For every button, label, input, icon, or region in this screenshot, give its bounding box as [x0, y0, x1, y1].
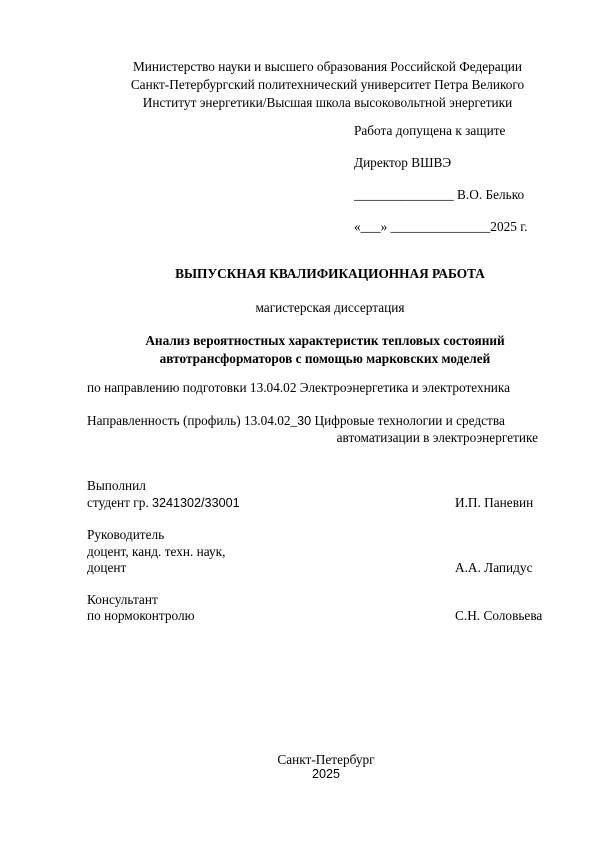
- city: Санкт-Петербург: [0, 752, 595, 767]
- student-label: Выполнил: [87, 477, 146, 494]
- consultant-name: С.Н. Соловьева: [455, 607, 542, 624]
- institute-line: Институт энергетики/Высшая школа высоков…: [60, 94, 595, 112]
- university-line: Санкт-Петербургский политехнический унив…: [60, 76, 595, 94]
- work-title: ВЫПУСКНАЯ КВАЛИФИКАЦИОННАЯ РАБОТА: [0, 266, 595, 282]
- study-profile-continuation: автоматизации в электроэнергетике: [337, 430, 538, 446]
- supervisor-degree: доцент, канд. техн. наук,: [87, 543, 225, 560]
- ministry-line: Министерство науки и высшего образования…: [60, 58, 595, 76]
- student-group: студент гр. 3241302/33001: [87, 494, 240, 512]
- admitted-to-defense: Работа допущена к защите: [354, 122, 528, 154]
- group-number: 3241302/33001: [152, 496, 240, 510]
- approval-date-line: «___» _______________2025 г.: [354, 218, 528, 250]
- profile-text: Цифровые технологии и средства: [311, 413, 505, 428]
- thesis-topic: Анализ вероятностных характеристик тепло…: [0, 332, 595, 368]
- work-type: магистерская диссертация: [0, 300, 595, 316]
- profile-prefix: Направленность (профиль) 13.04.02_: [87, 413, 297, 428]
- student-role: студент гр.: [87, 495, 152, 510]
- supervisor-label: Руководитель: [87, 526, 164, 543]
- consultant-area: по нормоконтролю: [87, 607, 195, 624]
- study-profile: Направленность (профиль) 13.04.02_30 Циф…: [87, 413, 505, 429]
- supervisor-name: А.А. Лапидус: [455, 559, 532, 576]
- study-direction: по направлению подготовки 13.04.02 Элект…: [87, 380, 510, 396]
- topic-line: автотрансформаторов с помощью марковских…: [0, 350, 595, 368]
- profile-code-suffix: 30: [297, 414, 311, 428]
- director-signature-line: _______________ В.О. Белько: [354, 186, 528, 218]
- institution-header: Министерство науки и высшего образования…: [60, 58, 595, 112]
- topic-line: Анализ вероятностных характеристик тепло…: [0, 332, 595, 350]
- director-position: Директор ВШВЭ: [354, 154, 528, 186]
- student-name: И.П. Паневин: [455, 494, 533, 511]
- consultant-label: Консультант: [87, 591, 158, 608]
- year: 2025: [0, 767, 595, 782]
- place-and-year: Санкт-Петербург 2025: [0, 752, 595, 782]
- supervisor-position: доцент: [87, 559, 126, 576]
- approval-block: Работа допущена к защите Директор ВШВЭ _…: [354, 122, 528, 250]
